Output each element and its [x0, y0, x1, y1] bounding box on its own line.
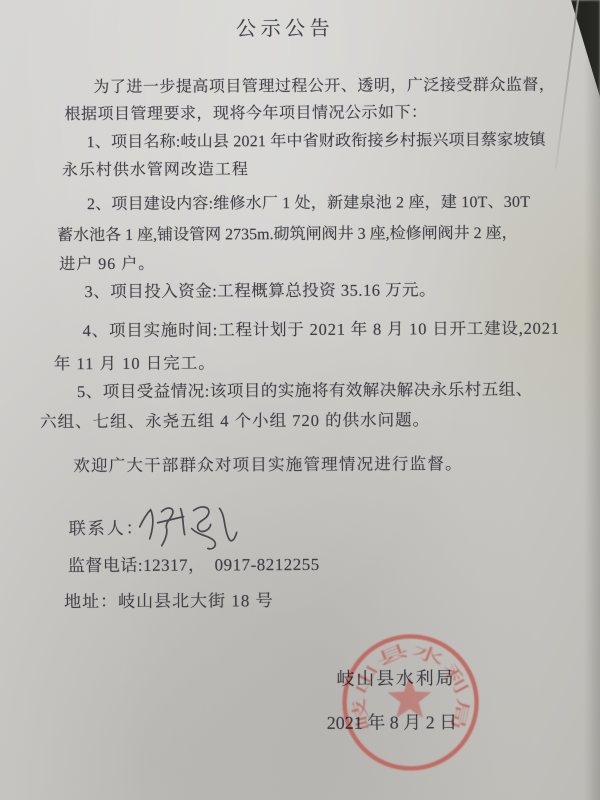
item-5-line-2: 六组、七组、永尧五组 4 个小组 720 的供水问题。: [40, 406, 430, 432]
item-5-line-1: 5、项目受益情况:该项目的实施将有效解决解决永乐村五组、: [77, 376, 533, 402]
item-3-line-1: 3、项目投入资金:工程概算总投资 35.16 万元。: [84, 276, 436, 302]
supervision-phone: 监督电话:12317， 0917-8212255: [68, 550, 320, 576]
seal-star: [388, 676, 432, 718]
intro-line-2: 根据项目管理要求，现将今年项目情况公示如下：: [64, 99, 427, 124]
signature-handwriting: [134, 498, 249, 554]
item-4-line-1: 4、项目实施时间:工程计划于 2021 年 8 月 10 日开工建设,2021: [83, 315, 560, 341]
closing-line: 欢迎广大干部群众对项目实施管理情况进行监督。: [73, 450, 463, 476]
item-4-line-2: 年 11 月 10 日完工。: [54, 349, 216, 374]
item-2-line-1: 2、项目建设内容:维修水厂 1 处，新建泉池 2 座，建 10T、30T: [87, 189, 530, 214]
notice-document: 公示公告 为了进一步提高项目管理过程公开、透明，广泛接受群众监督， 根据项目管理…: [0, 0, 600, 800]
item-1-line-2: 永乐村供水管网改造工程: [62, 156, 249, 180]
notice-title: 公示公告: [236, 12, 334, 42]
intro-line-1: 为了进一步提高项目管理过程公开、透明，广泛接受群众监督，: [93, 72, 555, 97]
official-seal: 岐山县水利局: [338, 631, 484, 777]
item-1-line-1: 1、项目名称:岐山县 2021 年中省财政衔接乡村振兴项目蔡家坡镇: [87, 127, 546, 152]
address-line: 地址：岐山县北大街 18 号: [64, 586, 274, 612]
item-2-line-2: 蓄水池各 1 座,铺设管网 2735m.砌筑闸阀井 3 座,检修闸阀井 2 座，: [57, 220, 518, 245]
item-2-line-3: 进户 96 户。: [59, 251, 155, 275]
